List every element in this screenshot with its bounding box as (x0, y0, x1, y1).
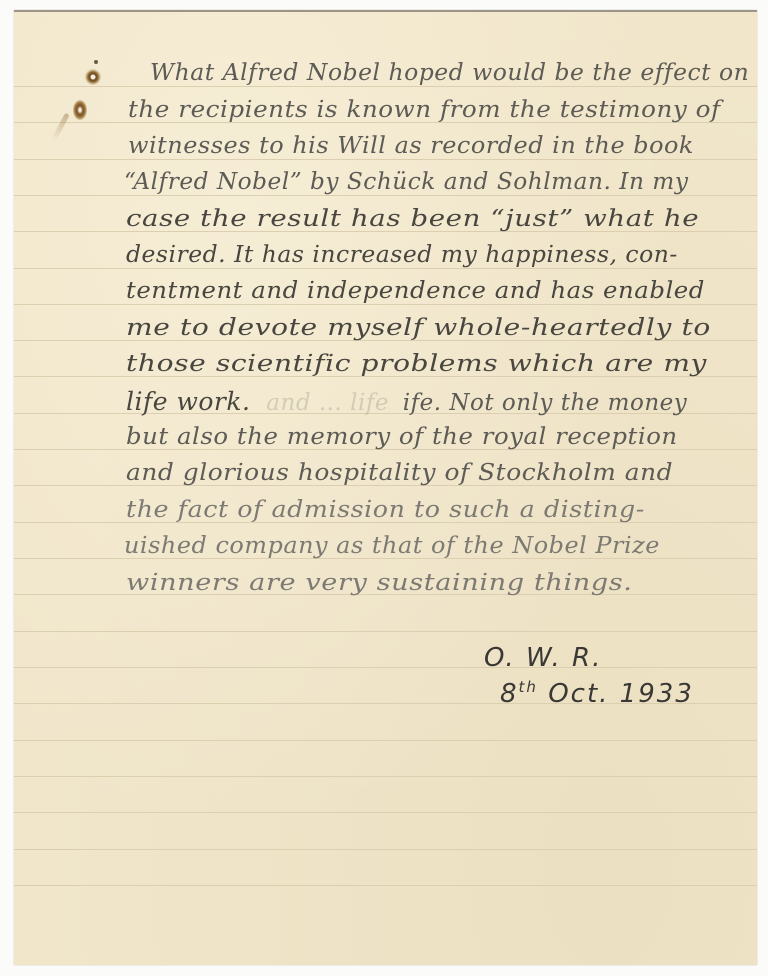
ink-dot-mark (94, 60, 98, 64)
ruled-line (14, 195, 757, 196)
rust-stain-mark (85, 69, 101, 85)
handwritten-line-with-erasure: life work. and ... life ife. Not only th… (126, 389, 687, 415)
handwritten-line: winners are very sustaining things. (126, 572, 632, 595)
date-rest: Oct. 1933 (548, 679, 694, 709)
handwritten-line: but also the memory of the royal recepti… (126, 426, 678, 449)
ruled-line (14, 268, 757, 269)
handwritten-line: the recipients is known from the testimo… (128, 99, 721, 122)
handwritten-line: witnesses to his Will as recorded in the… (128, 135, 694, 158)
ruled-line (14, 885, 757, 886)
handwritten-line: case the result has been “just” what he (126, 208, 699, 231)
ruled-line (14, 812, 757, 813)
handwritten-line: and glorious hospitality of Stockholm an… (126, 462, 673, 485)
scanned-document: What Alfred Nobel hoped would be the eff… (0, 0, 768, 976)
ruled-line (14, 159, 757, 160)
ruled-line (14, 740, 757, 741)
erased-text: and ... life (266, 390, 389, 416)
handwritten-line: me to devote myself whole-heartedly to (126, 317, 711, 340)
handwritten-line: What Alfred Nobel hoped would be the eff… (150, 62, 749, 85)
ruled-line (14, 631, 757, 632)
letter-page: What Alfred Nobel hoped would be the eff… (14, 10, 757, 965)
stain-streak-mark (51, 113, 69, 142)
date-suffix: th (519, 678, 538, 696)
handwritten-text: ife. Not only the money (403, 390, 688, 416)
ruled-line (14, 304, 757, 305)
ruled-line (14, 776, 757, 777)
handwritten-text: life work. (126, 387, 250, 416)
signature-date: 8th Oct. 1933 (500, 680, 694, 707)
signature-initials: O. W. R. (484, 645, 602, 671)
handwritten-line: those scientific problems which are my (126, 353, 707, 376)
rust-stain-mark (73, 100, 87, 120)
handwritten-line: “Alfred Nobel” by Schück and Sohlman. In… (124, 171, 688, 194)
ruled-line (14, 667, 757, 668)
handwritten-line: uished company as that of the Nobel Priz… (124, 535, 660, 558)
ruled-line (14, 849, 757, 850)
handwritten-line: desired. It has increased my happiness, … (126, 244, 678, 267)
date-day: 8 (500, 679, 519, 709)
handwritten-line: the fact of admission to such a disting- (126, 499, 645, 522)
ruled-line (14, 86, 757, 87)
handwritten-line: tentment and independence and has enable… (126, 280, 705, 303)
